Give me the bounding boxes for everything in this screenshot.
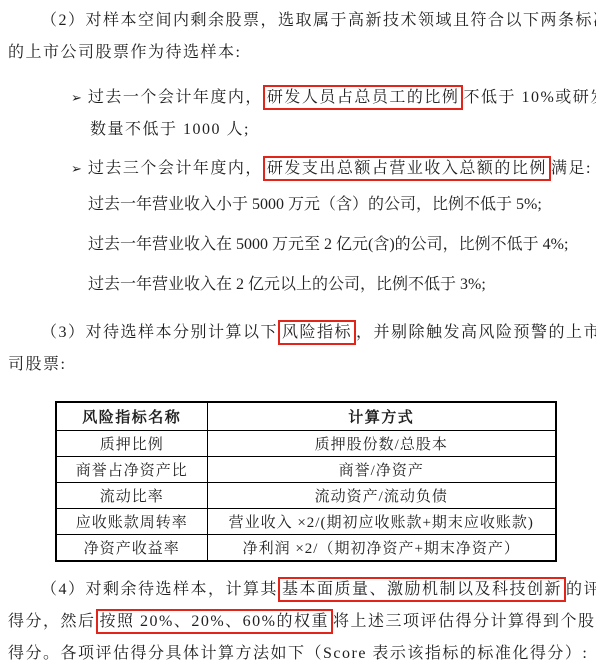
indicator-name-cell: 净资产收益率 — [56, 535, 207, 562]
indicator-formula-cell: 净利润 ×2/（期初净资产+期末净资产） — [207, 535, 556, 562]
section-4-line-2: 得分，然后按照 20%、20%、60%的权重将上述三项评估得分计算得到个股综合 — [8, 606, 588, 638]
highlight-box-risk-indicators: 风险指标 — [278, 320, 356, 345]
revenue-rule-item: 过去一年营业收入在 5000 万元至 2 亿元(含)的公司，比例不低于 4%; — [8, 225, 588, 265]
table-row: 质押比例 质押股份数/总股本 — [56, 431, 556, 457]
revenue-rule-text-2: 过去一年营业收入在 5000 万元至 2 亿元(含)的公司，比例不低于 4%; — [88, 236, 568, 253]
bullet-rd-expense-line: ➢过去三个会计年度内，研发支出总额占营业收入总额的比例满足: — [8, 153, 588, 185]
revenue-rule-item: 过去一年营业收入小于 5000 万元（含）的公司，比例不低于 5%; — [8, 185, 588, 225]
bullet-rd-expense-tail: 满足: — [551, 160, 592, 177]
highlight-box-rd-expense-ratio: 研发支出总额占营业收入总额的比例 — [263, 156, 551, 181]
revenue-rule-text-3: 过去一年营业收入在 2 亿元以上的公司，比例不低于 3%; — [88, 276, 486, 293]
indicator-name-cell: 流动比率 — [56, 483, 207, 509]
section-4-line-1: （4）对剩余待选样本，计算其基本面质量、激励机制以及科技创新的评估 — [8, 574, 588, 606]
indicator-formula-cell: 流动资产/流动负债 — [207, 483, 556, 509]
section-3-line-2: 司股票: — [8, 349, 588, 381]
risk-indicator-table: 风险指标名称 计算方式 质押比例 质押股份数/总股本 商誉占净资产比 商誉/净资… — [55, 401, 557, 562]
highlight-box-rd-staff-ratio: 研发人员占总员工的比例 — [263, 85, 464, 110]
bullet-rd-staff-text-2: 数量不低于 1000 人; — [90, 121, 250, 138]
section-2-line-2: 的上市公司股票作为待选样本: — [8, 37, 588, 69]
section-4-tail-2: 将上述三项评估得分计算得到个股综合 — [333, 613, 596, 630]
bullet-rd-staff-lead: 过去一个会计年度内， — [88, 89, 263, 106]
arrow-bullet-icon: ➢ — [71, 90, 82, 105]
indicator-formula-cell: 质押股份数/总股本 — [207, 431, 556, 457]
indicator-name-cell: 应收账款周转率 — [56, 509, 207, 535]
bullet-rd-expense-lead: 过去三个会计年度内， — [88, 160, 263, 177]
section-4-tail-1: 的评估 — [566, 581, 596, 598]
table-row: 流动比率 流动资产/流动负债 — [56, 483, 556, 509]
table-row: 净资产收益率 净利润 ×2/（期初净资产+期末净资产） — [56, 535, 556, 562]
bullet-rd-staff-line-2: 数量不低于 1000 人; — [8, 114, 588, 146]
section-3-lead: （3）对待选样本分别计算以下 — [41, 324, 278, 341]
bullet-rd-staff-tail: 不低于 10%或研发人员 — [463, 89, 596, 106]
section-4-line-3: 得分。各项评估得分具体计算方法如下（Score 表示该指标的标准化得分）: — [8, 638, 588, 664]
section-3-text-2: 司股票: — [8, 356, 66, 373]
section-2-text-2: 的上市公司股票作为待选样本: — [8, 44, 241, 61]
section-4-text-3: 得分。各项评估得分具体计算方法如下（Score 表示该指标的标准化得分）: — [8, 645, 588, 662]
document-page: （2）对样本空间内剩余股票，选取属于高新技术领域且符合以下两条标准 的上市公司股… — [0, 0, 596, 664]
revenue-rule-text-1: 过去一年营业收入小于 5000 万元（含）的公司，比例不低于 5%; — [88, 196, 542, 213]
arrow-bullet-icon: ➢ — [71, 161, 82, 176]
indicator-name-cell: 商誉占净资产比 — [56, 457, 207, 483]
section-2-text-1: （2）对样本空间内剩余股票，选取属于高新技术领域且符合以下两条标准 — [41, 12, 596, 29]
section-3-line-1: （3）对待选样本分别计算以下风险指标，并剔除触发高风险预警的上市公 — [8, 317, 588, 349]
indicator-name-cell: 质押比例 — [56, 431, 207, 457]
table-row: 商誉占净资产比 商誉/净资产 — [56, 457, 556, 483]
revenue-rule-item: 过去一年营业收入在 2 亿元以上的公司，比例不低于 3%; — [8, 265, 588, 305]
highlight-box-score-dimensions: 基本面质量、激励机制以及科技创新 — [278, 577, 566, 602]
bullet-rd-staff-line-1: ➢过去一个会计年度内，研发人员占总员工的比例不低于 10%或研发人员 — [8, 82, 588, 114]
indicator-formula-cell: 商誉/净资产 — [207, 457, 556, 483]
highlight-box-score-weights: 按照 20%、20%、60%的权重 — [96, 609, 334, 634]
table-header-calc-method: 计算方式 — [207, 402, 556, 431]
table-header-row: 风险指标名称 计算方式 — [56, 402, 556, 431]
section-4-lead-2: 得分，然后 — [8, 613, 96, 630]
section-2-line-1: （2）对样本空间内剩余股票，选取属于高新技术领域且符合以下两条标准 — [8, 5, 588, 37]
table-header-indicator-name: 风险指标名称 — [56, 402, 207, 431]
section-4-lead: （4）对剩余待选样本，计算其 — [41, 581, 278, 598]
indicator-formula-cell: 营业收入 ×2/(期初应收账款+期末应收账款) — [207, 509, 556, 535]
section-3-tail: ，并剔除触发高风险预警的上市公 — [356, 324, 596, 341]
table-row: 应收账款周转率 营业收入 ×2/(期初应收账款+期末应收账款) — [56, 509, 556, 535]
